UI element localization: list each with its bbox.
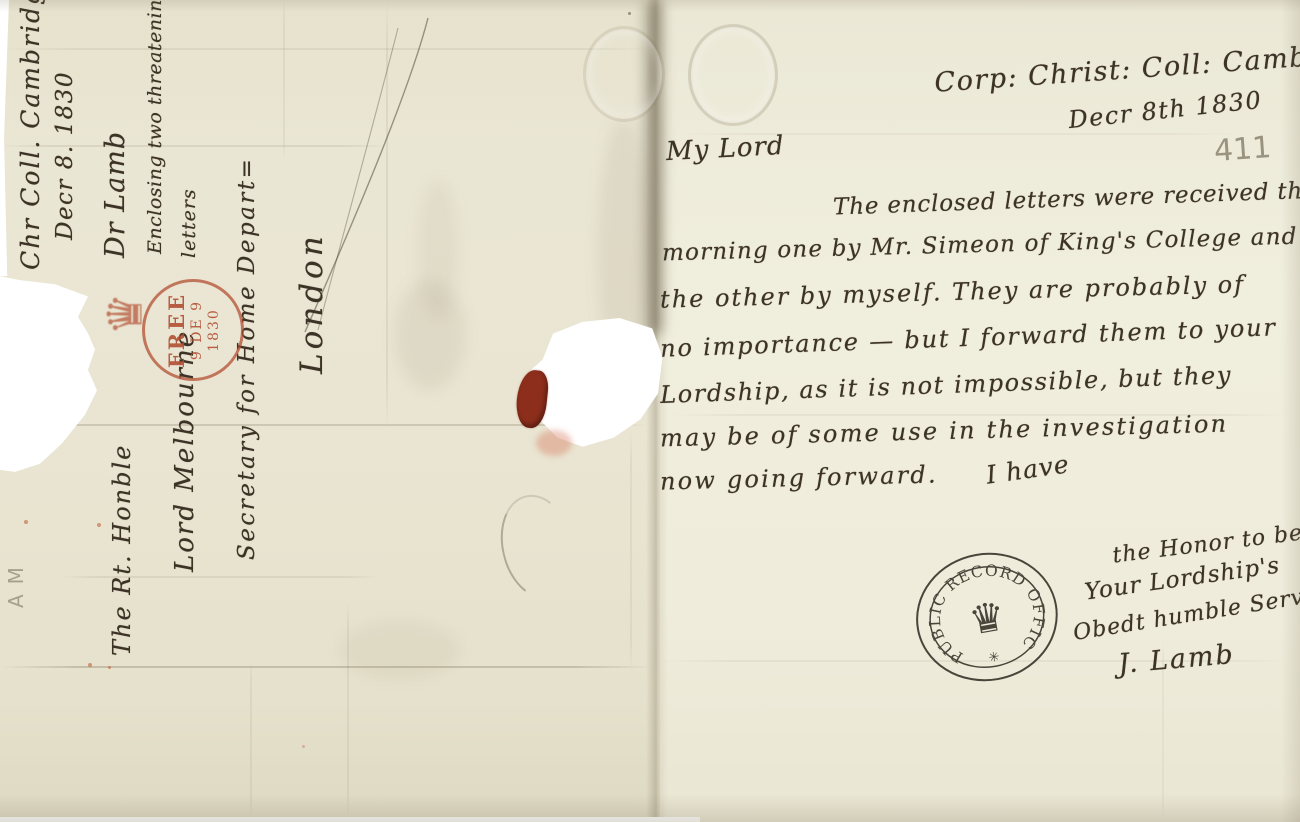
salutation: My Lord	[665, 131, 785, 167]
address-line-1: The Rt. Honble	[108, 444, 136, 656]
free-stamp-line-3: 1830	[206, 292, 223, 368]
letter-scan: Corp Chr Coll. Cambridge Decr 8. 1830 Dr…	[0, 0, 1300, 822]
crease-top	[0, 48, 655, 50]
folio-number: 411	[1213, 130, 1273, 169]
crease-bottom-left	[0, 666, 652, 668]
address-line-3: Secretary for Home Depart=	[234, 157, 260, 560]
pro-stamp: PUBLIC RECORD OFFICE ♛ ✳	[901, 538, 1072, 697]
free-stamp-line-1: FREE	[164, 292, 189, 368]
ink-speck	[628, 12, 631, 15]
scan-edge-top	[0, 0, 1300, 12]
scan-edge-right	[1281, 0, 1300, 822]
docket-line-2: Enclosing two threatening	[144, 0, 166, 254]
endorsement-line-2: Decr 8. 1830	[52, 71, 78, 240]
docket-line-1: Dr Lamb	[100, 131, 131, 258]
embossed-watermark-right	[688, 24, 778, 126]
ink-speck	[108, 666, 111, 669]
grime-blotch	[418, 180, 458, 320]
pro-star-icon: ✳	[987, 650, 1000, 667]
free-stamp-text: FREE 9 DE 9 1830	[164, 292, 223, 368]
grime-blotch	[340, 620, 460, 680]
pro-crown-icon: ♛	[966, 593, 1009, 645]
ink-speck	[24, 520, 28, 524]
crease-vert-1	[283, 0, 285, 160]
free-stamp-circle: FREE 9 DE 9 1830	[142, 279, 244, 381]
crease-vert-2	[386, 0, 388, 430]
ink-speck	[302, 745, 305, 748]
embossed-watermark-left	[583, 26, 665, 122]
ink-speck	[88, 663, 92, 667]
ink-speck	[97, 523, 101, 527]
crease-vert-5	[630, 430, 632, 670]
address-line-4: London	[294, 232, 330, 374]
postmark-fragment: AM	[4, 557, 28, 608]
wax-seal-fringe	[536, 430, 572, 456]
free-stamp-line-2: 9 DE 9	[189, 292, 206, 368]
scan-edge-bottom	[0, 794, 1300, 822]
docket-line-3: letters	[178, 188, 200, 258]
